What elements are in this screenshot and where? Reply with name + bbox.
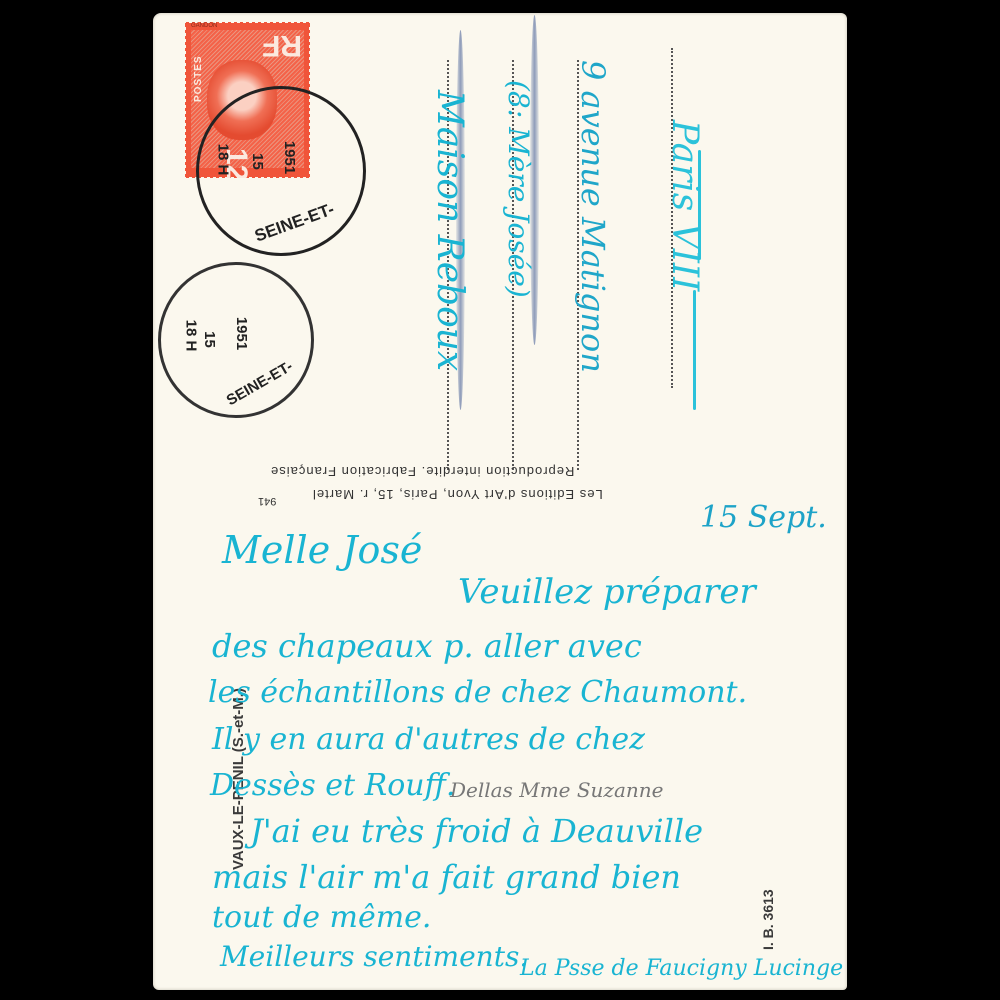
pencil-annotation: Dellas Mme Suzanne bbox=[450, 778, 664, 802]
underline-stroke bbox=[698, 150, 701, 260]
address-line2: (8: Mère Josée) bbox=[502, 80, 535, 298]
message-line: mais l'air m'a fait grand bien bbox=[212, 858, 681, 896]
message-line: tout de même. bbox=[212, 900, 431, 935]
message-line: Il y en aura d'autres de chez bbox=[212, 722, 645, 757]
stamp-label: POSTES bbox=[193, 55, 204, 102]
underline-stroke bbox=[693, 290, 696, 410]
postmark-year: 1951 bbox=[233, 317, 250, 350]
message-line: des chapeaux p. aller avec bbox=[212, 627, 642, 665]
postmark-time: 18 H bbox=[214, 144, 231, 176]
message-date: 15 Sept. bbox=[700, 500, 827, 535]
postmark-year: 1951 bbox=[281, 141, 298, 174]
message-salutation: Melle José bbox=[222, 528, 422, 572]
postmark-day: 15 bbox=[249, 153, 266, 170]
message-line: Dessès et Rouff. bbox=[210, 768, 455, 803]
stamp-printer-mark: GANDON bbox=[191, 23, 217, 29]
message-line: J'ai eu très froid à Deauville bbox=[250, 812, 703, 850]
message-line: les échantillons de chez Chaumont. bbox=[208, 675, 747, 710]
address-recipient: Maison Reboux bbox=[429, 90, 470, 490]
catalog-number: I. B. 3613 bbox=[760, 889, 776, 950]
message-signature: La Psse de Faucigny Lucinge bbox=[520, 956, 843, 981]
stamp-country-mark: RF bbox=[262, 28, 302, 62]
postmark-region: SEINE-ET- bbox=[252, 199, 337, 246]
postmark-day: 15 bbox=[201, 331, 218, 348]
postmark-1: 18 H 15 1951 SEINE-ET- bbox=[196, 86, 366, 256]
postmark-2: 18 H 15 1951 SEINE-ET- bbox=[158, 262, 314, 418]
address-street: 9 avenue Matignon bbox=[574, 60, 612, 373]
message-line: Veuillez préparer bbox=[458, 572, 756, 612]
message-line: Meilleurs sentiments. bbox=[220, 940, 528, 973]
publisher-name: Les Editions d'Art Yvon, Paris, 15, r. M… bbox=[312, 487, 603, 502]
publisher-legal: Reproduction interdite. Fabrication Fran… bbox=[270, 464, 574, 479]
publisher-code: 941 bbox=[258, 495, 276, 507]
postmark-time: 18 H bbox=[182, 320, 199, 352]
